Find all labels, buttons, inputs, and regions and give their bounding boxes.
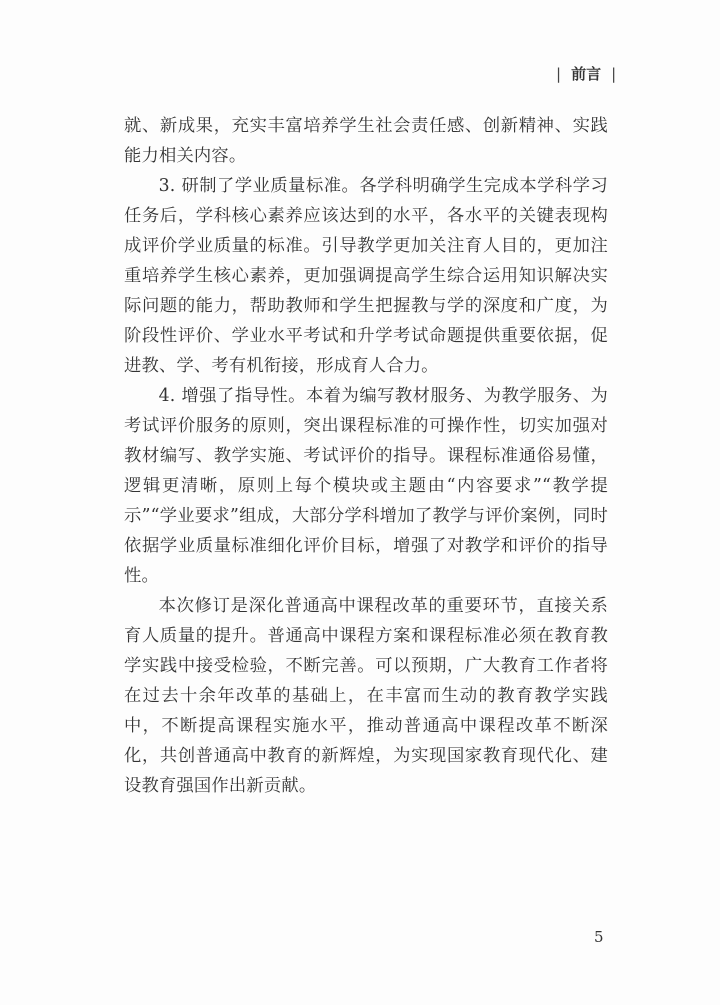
body-text: 就、新成果，充实丰富培养学生社会责任感、创新精神、实践能力相关内容。 3. 研制… — [124, 111, 608, 801]
paragraph-conclusion: 本次修订是深化普通高中课程改革的重要环节，直接关系育人质量的提升。普通高中课程方… — [124, 591, 608, 801]
paragraph-guidance: 4. 增强了指导性。本着为编写教材服务、为教学服务、为考试评价服务的原则，突出课… — [124, 381, 608, 591]
header-section-title: 前言 — [571, 65, 601, 83]
header-divider: | — [611, 65, 616, 83]
running-header: |前言| — [546, 63, 626, 84]
paragraph-quality-standard: 3. 研制了学业质量标准。各学科明确学生完成本学科学习任务后，学科核心素养应该达… — [124, 171, 608, 381]
page-number: 5 — [594, 928, 604, 946]
paragraph-continuation: 就、新成果，充实丰富培养学生社会责任感、创新精神、实践能力相关内容。 — [124, 111, 608, 171]
header-divider: | — [556, 65, 561, 83]
